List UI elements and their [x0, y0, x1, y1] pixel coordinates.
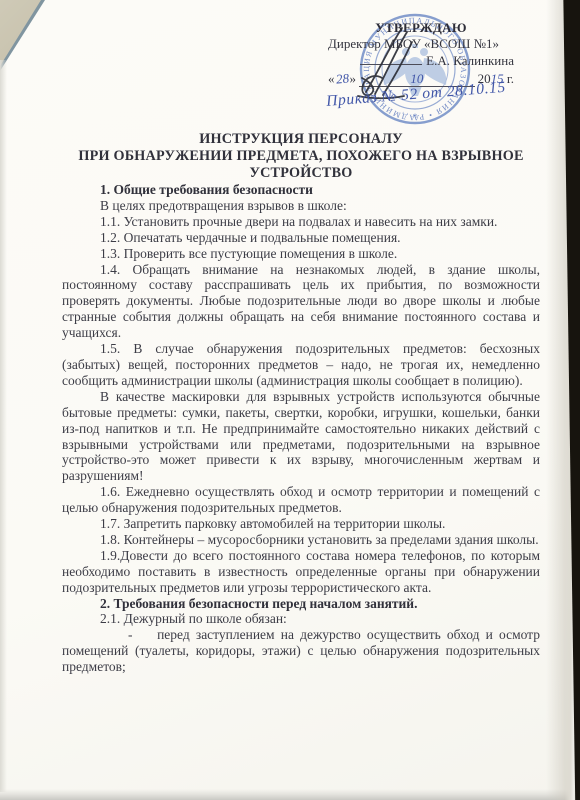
section-2-heading: 2. Требования безопасности перед началом…	[62, 596, 540, 612]
paragraph-2-1: 2.1. Дежурный по школе обязан:	[62, 611, 540, 627]
page-left-edge-shadow	[0, 60, 7, 792]
page-bottom-edge-shadow	[0, 789, 576, 800]
scanner-corner-background	[0, 0, 41, 66]
paragraph-masking: В качестве маскировки для взрывных устро…	[62, 389, 540, 484]
paragraph-1-5: 1.5. В случае обнаружения подозрительных…	[62, 341, 540, 389]
paragraph-1-4: 1.4. Обращать внимание на незнакомых люд…	[62, 262, 540, 342]
paragraph-1-1: 1.1. Установить прочные двери на подвала…	[62, 214, 540, 230]
paragraph-1-8: 1.8. Контейнеры – мусоросборники установ…	[62, 532, 540, 548]
paragraph-2-1-dash-item: - перед заступлением на дежурство осущес…	[62, 627, 540, 675]
section-1-heading: 1. Общие требования безопасности	[62, 182, 540, 198]
stamp-star: *	[413, 112, 418, 122]
paragraph-intro: В целях предотвращения взрывов в школе:	[62, 198, 540, 214]
title-line-1: ИНСТРУКЦИЯ ПЕРСОНАЛУ	[199, 131, 403, 147]
document-body: ИНСТРУКЦИЯ ПЕРСОНАЛУ ПРИ ОБНАРУЖЕНИИ ПРЕ…	[62, 131, 540, 675]
document-title: ИНСТРУКЦИЯ ПЕРСОНАЛУ ПРИ ОБНАРУЖЕНИИ ПРЕ…	[62, 131, 540, 182]
scanned-document-page: АДМИНИСТРАЦИЯ МУНИЦИПАЛЬНОГО ОБРАЗОВАНИЯ…	[0, 0, 580, 800]
quote-open: «	[328, 71, 335, 86]
paragraph-1-3: 1.3. Проверить все пустующие помещения в…	[62, 246, 540, 262]
title-line-2: ПРИ ОБНАРУЖЕНИИ ПРЕДМЕТА, ПОХОЖЕГО НА ВЗ…	[78, 148, 523, 164]
paragraph-1-2: 1.2. Опечатать чердачные и подвальные по…	[62, 230, 540, 246]
title-line-3: УСТРОЙСТВО	[250, 165, 353, 181]
paragraph-1-6: 1.6. Ежедневно осуществлять обход и осмо…	[62, 484, 540, 516]
paragraph-1-9: 1.9.Довести до всего постоянного состава…	[62, 548, 540, 596]
handwritten-day: 28	[335, 71, 350, 87]
paragraph-1-7: 1.7. Запретить парковку автомобилей на т…	[62, 516, 540, 532]
